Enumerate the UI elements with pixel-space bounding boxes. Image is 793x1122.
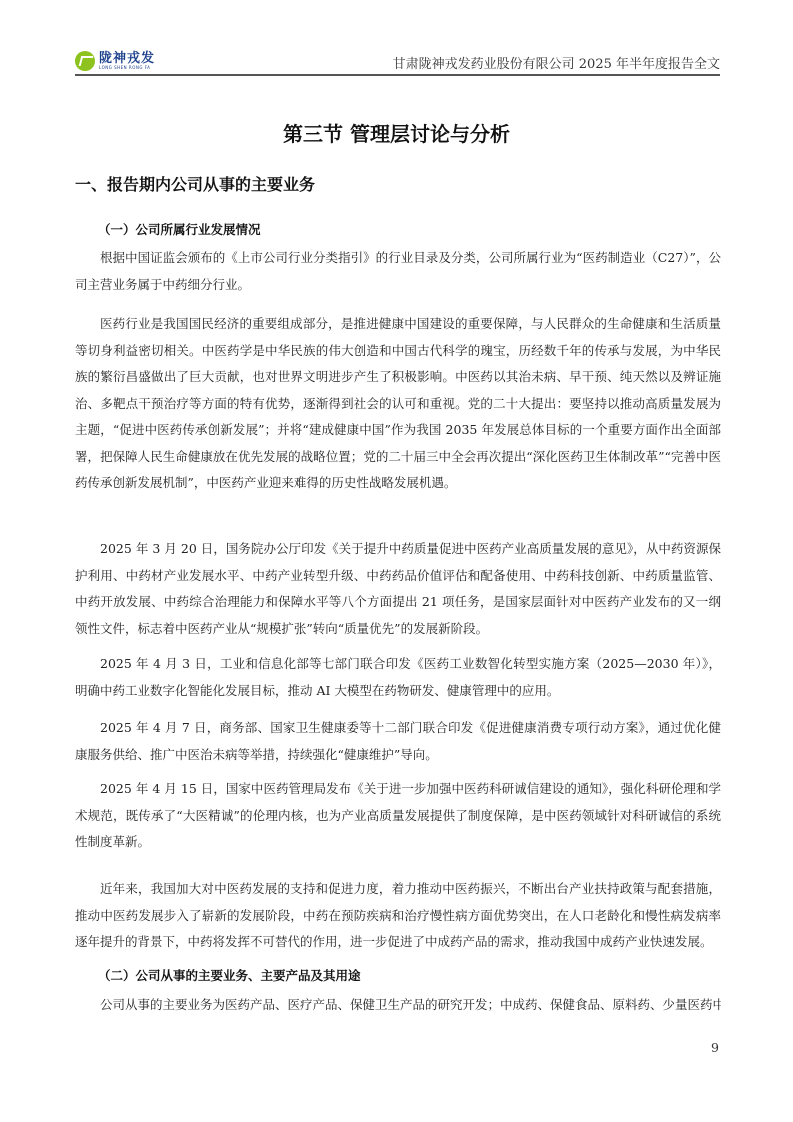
paragraph-main-business: 公司从事的主要业务为医药产品、医疗产品、保健卫生产品的研究开发；中成药、保健食品… bbox=[75, 992, 721, 1019]
company-logo: 陇神戎发 LONG SHEN RONG FA bbox=[75, 50, 155, 72]
paragraph-pharma-industry: 医药行业是我国国民经济的重要组成部分，是推进健康中国建设的重要保障，与人民群众的… bbox=[75, 311, 721, 497]
subheading-industry-development: （一）公司所属行业发展情况 bbox=[98, 220, 261, 238]
paragraph-recent-development: 近年来，我国加大对中医药发展的支持和促进力度，着力推动中医药振兴，不断出台产业扶… bbox=[75, 876, 721, 956]
header-divider bbox=[75, 74, 720, 76]
subheading-main-products: （二）公司从事的主要业务、主要产品及其用途 bbox=[98, 966, 361, 984]
logo-icon bbox=[75, 51, 95, 71]
paragraph-policy-2025-04-07: 2025 年 4 月 7 日，商务部、国家卫生健康委等十二部门联合印发《促进健康… bbox=[75, 715, 721, 768]
paragraph-policy-2025-04-03: 2025 年 4 月 3 日，工业和信息化部等七部门联合印发《医药工业数智化转型… bbox=[75, 651, 721, 704]
heading-main-business: 一、报告期内公司从事的主要业务 bbox=[75, 172, 315, 195]
page-header: 陇神戎发 LONG SHEN RONG FA 甘肃陇神戎发药业股份有限公司 20… bbox=[75, 50, 720, 74]
paragraph-policy-2025-04-15: 2025 年 4 月 15 日，国家中医药管理局发布《关于进一步加强中医药科研诚… bbox=[75, 776, 721, 856]
paragraph-industry-classification: 根据中国证监会颁布的《上市公司行业分类指引》的行业目录及分类，公司所属行业为“医… bbox=[75, 245, 721, 298]
report-title: 甘肃陇神戎发药业股份有限公司 2025 年半年度报告全文 bbox=[393, 53, 720, 72]
logo-chinese-name: 陇神戎发 bbox=[99, 52, 155, 65]
section-title: 第三节 管理层讨论与分析 bbox=[0, 118, 793, 147]
paragraph-policy-2025-03-20: 2025 年 3 月 20 日，国务院办公厅印发《关于提升中药质量促进中医药产业… bbox=[75, 536, 721, 642]
page-number: 9 bbox=[711, 1040, 719, 1055]
logo-english-name: LONG SHEN RONG FA bbox=[99, 66, 155, 70]
